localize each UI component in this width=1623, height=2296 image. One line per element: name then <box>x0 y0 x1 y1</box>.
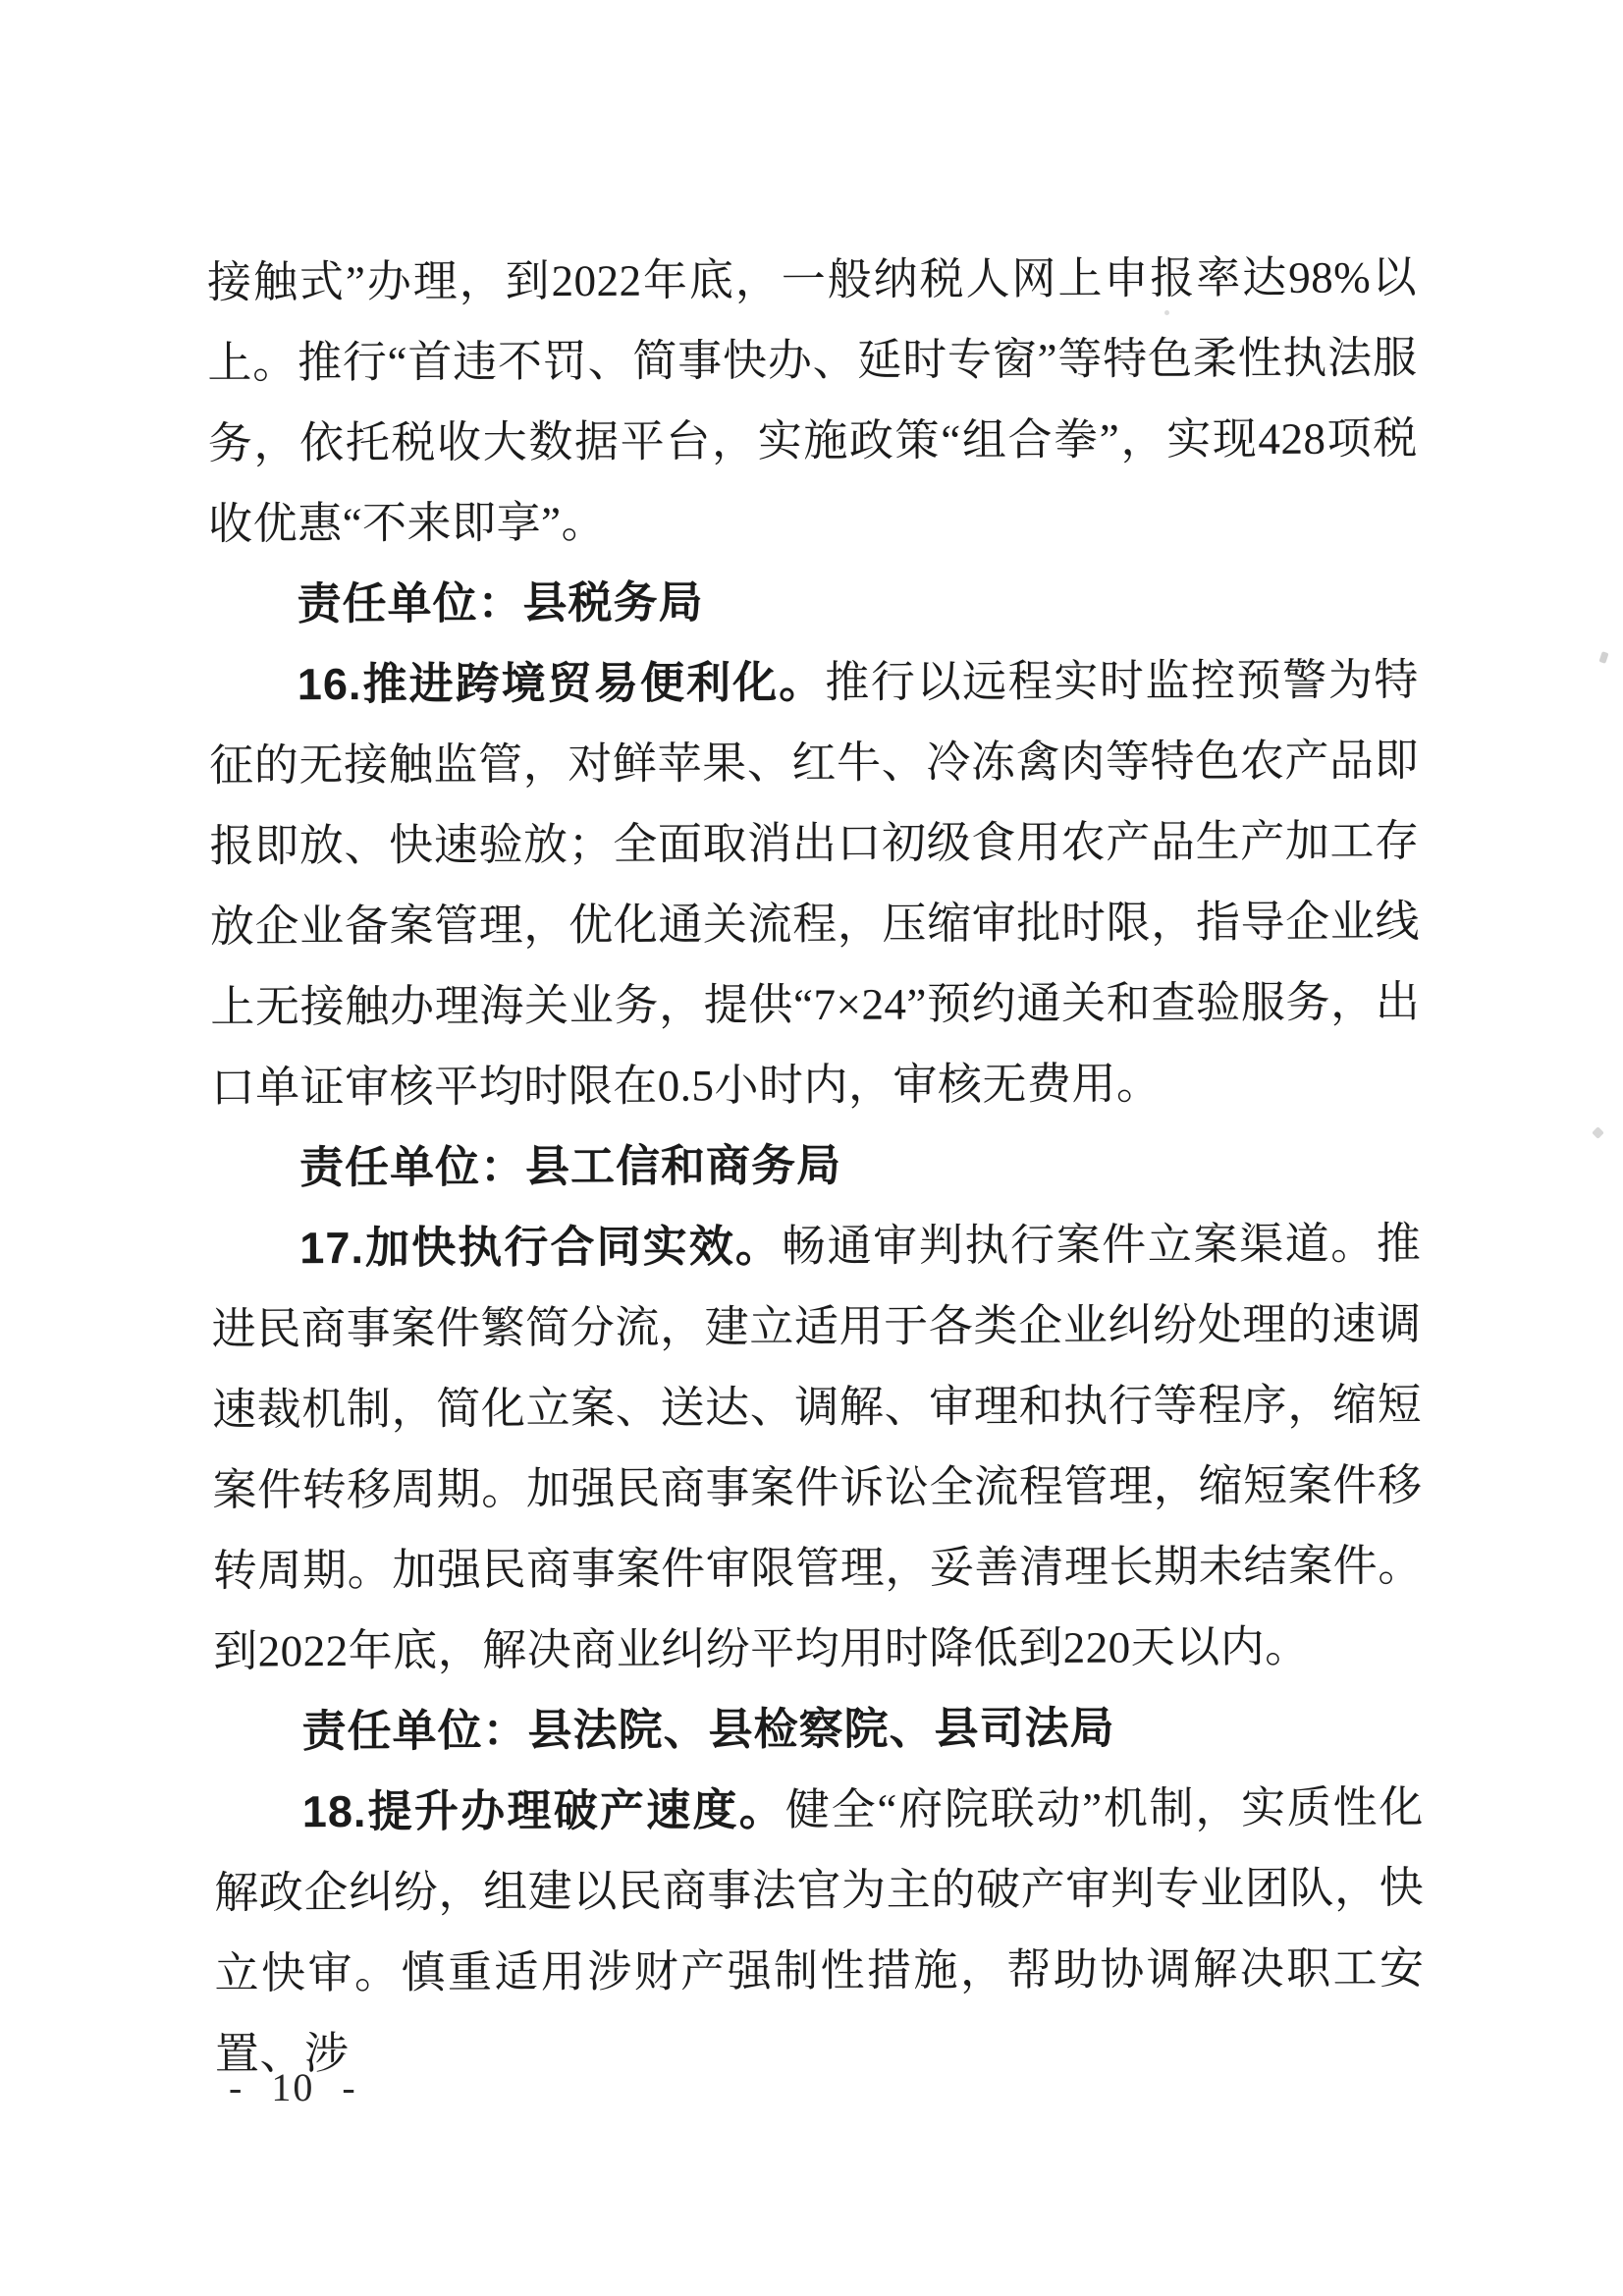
responsible-unit-tax-bureau: 责任单位：县税务局 <box>208 559 1418 644</box>
item-16-heading: 16.推进跨境贸易便利化。 <box>298 657 826 709</box>
responsible-unit-court-group: 责任单位：县法院、县检察院、县司法局 <box>213 1686 1423 1772</box>
item-16-body: 推行以远程实时监控预警为特征的无接触监管，对鲜苹果、红牛、冷冻禽肉等特色农产品即… <box>209 655 1420 1112</box>
paragraph-tax-service-continuation: 接触式”办理，到2022年底，一般纳税人网上申报率达98%以上。推行“首违不罚、… <box>207 237 1418 564</box>
responsible-unit-commerce-bureau-label: 责任单位：县工信和商务局 <box>299 1140 841 1192</box>
responsible-unit-tax-bureau-label: 责任单位：县税务局 <box>297 576 703 629</box>
document-page: 接触式”办理，到2022年底，一般纳税人网上申报率达98%以上。推行“首违不罚、… <box>0 0 1623 2296</box>
document-content: 接触式”办理，到2022年底，一般纳税人网上申报率达98%以上。推行“首违不罚、… <box>207 237 1425 2094</box>
item-17-heading: 17.加快执行合同实效。 <box>299 1221 782 1273</box>
responsible-unit-commerce-bureau: 责任单位：县工信和商务局 <box>211 1122 1421 1208</box>
responsible-unit-court-group-label: 责任单位：县法院、县检察院、县司法局 <box>301 1703 1114 1757</box>
page-number: - 10 - <box>229 2064 357 2110</box>
paragraph-tax-service-text: 接触式”办理，到2022年底，一般纳税人网上申报率达98%以上。推行“首违不罚、… <box>207 252 1418 548</box>
paragraph-item-18: 18.提升办理破产速度。健全“府院联动”机制，实质性化解政企纠纷，组建以民商事法… <box>214 1767 1425 2094</box>
paragraph-item-17: 17.加快执行合同实效。畅通审判执行案件立案渠道。推进民商事案件繁简分流，建立适… <box>211 1203 1423 1691</box>
scan-speck <box>1164 310 1169 315</box>
scan-speck <box>1592 1126 1604 1139</box>
item-18-heading: 18.提升办理破产速度。 <box>302 1784 785 1836</box>
item-17-body: 畅通审判执行案件立案渠道。推进民商事案件繁简分流，建立适用于各类企业纠纷处理的速… <box>212 1219 1423 1675</box>
scan-speck <box>1598 651 1608 664</box>
paragraph-item-16: 16.推进跨境贸易便利化。推行以远程实时监控预警为特征的无接触监管，对鲜苹果、红… <box>209 639 1421 1127</box>
